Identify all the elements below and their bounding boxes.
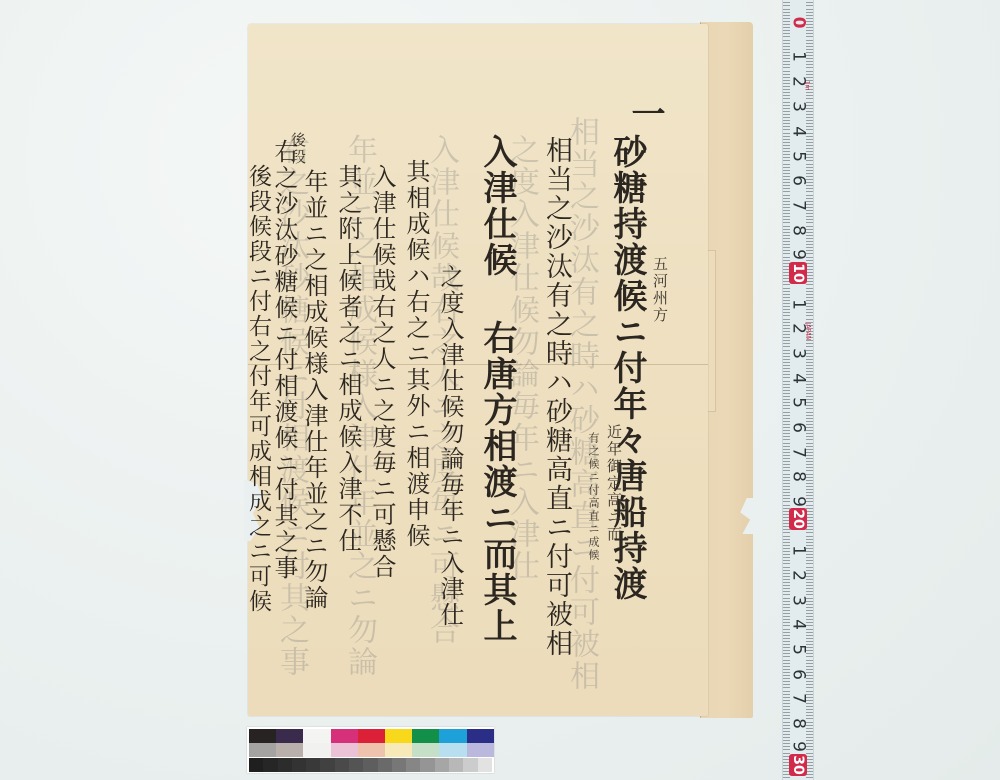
text-column-3-annotation: 有之候ニ付高直ニ成候 xyxy=(588,432,599,562)
color-swatch xyxy=(331,729,358,743)
color-swatch xyxy=(406,758,420,772)
text-column-9: 年並ニ之相成候様入津仕年並之ニ勿論 xyxy=(302,169,326,611)
text-column-8: 其之附上候者之ニ相成候入津不仕 xyxy=(336,164,360,554)
color-swatch xyxy=(249,758,263,772)
color-swatch xyxy=(358,743,385,757)
ruler-label-10: 10 xyxy=(789,262,807,284)
color-swatch xyxy=(412,743,439,757)
color-swatch xyxy=(392,758,406,772)
text-column-4: 入津仕候 右唐方相渡ニ而其上 xyxy=(480,134,514,644)
color-swatch xyxy=(435,758,449,772)
color-swatch xyxy=(349,758,363,772)
color-swatch xyxy=(358,729,385,743)
color-swatch xyxy=(478,758,492,772)
color-swatch xyxy=(363,758,377,772)
color-swatch xyxy=(439,729,466,743)
text-column-10: 右之沙汰砂糖候ニ付相渡候ニ付其之事 xyxy=(272,139,296,581)
text-column-1: 一 xyxy=(628,96,662,132)
color-swatch xyxy=(385,729,412,743)
color-swatch xyxy=(467,743,494,757)
text-column-3: 相当之沙汰有之時ハ砂糖高直ニ付可被相 xyxy=(543,136,570,658)
grayscale-step-row xyxy=(249,758,492,772)
color-calibration-chart xyxy=(247,727,494,773)
color-swatch xyxy=(320,758,334,772)
color-swatch xyxy=(292,758,306,772)
color-swatch xyxy=(420,758,434,772)
document-sheet: 相当之沙汰有之時ハ砂糖高直ニ付可被相 之度入津仕候勿論毎年ニ入津仕 入津仕候哉右… xyxy=(248,24,708,716)
color-swatch xyxy=(306,758,320,772)
ruler-meter-mark: 1m xyxy=(803,81,810,91)
color-swatch xyxy=(467,729,494,743)
color-swatch-row-pastel xyxy=(249,743,494,757)
color-swatch xyxy=(303,743,330,757)
text-column-2-annotation: 五河州方 xyxy=(652,256,667,324)
color-swatch xyxy=(303,729,330,743)
text-column-7: 入津仕候哉右之人ニ之度毎ニ可懸合 xyxy=(370,164,394,580)
text-column-5: 之度入津仕候勿論毎年ニ入津仕 xyxy=(438,264,462,628)
ruler-label-0: 0 xyxy=(790,8,807,38)
text-column-6: 其相成候ハ右之ニ其外ニ相渡申候 xyxy=(404,159,428,549)
color-swatch xyxy=(249,743,276,757)
color-swatch xyxy=(385,743,412,757)
color-swatch xyxy=(378,758,392,772)
color-swatch xyxy=(335,758,349,772)
color-swatch xyxy=(439,743,466,757)
color-swatch xyxy=(249,729,276,743)
color-swatch xyxy=(463,758,477,772)
color-swatch xyxy=(412,729,439,743)
color-swatch xyxy=(263,758,277,772)
ruler-label-20: 20 xyxy=(789,508,807,530)
color-swatch xyxy=(278,758,292,772)
ruler-label-30: 30 xyxy=(789,754,807,776)
color-swatch xyxy=(276,743,303,757)
text-column-11: 後段候段ニ付右之付年可成相成之ニ可候 xyxy=(246,164,269,614)
color-swatch-row-saturated xyxy=(249,729,494,743)
color-swatch xyxy=(449,758,463,772)
color-swatch xyxy=(276,729,303,743)
text-column-3-annotation: 近年御定高ニ而 xyxy=(606,424,621,543)
measuring-ruler: 0 1 2 1m 3 4 5 6 7 8 9 10 1 2 JAPAN 3 4 … xyxy=(782,0,814,780)
text-column-11-annotation: 後段 xyxy=(290,132,305,166)
color-swatch xyxy=(331,743,358,757)
